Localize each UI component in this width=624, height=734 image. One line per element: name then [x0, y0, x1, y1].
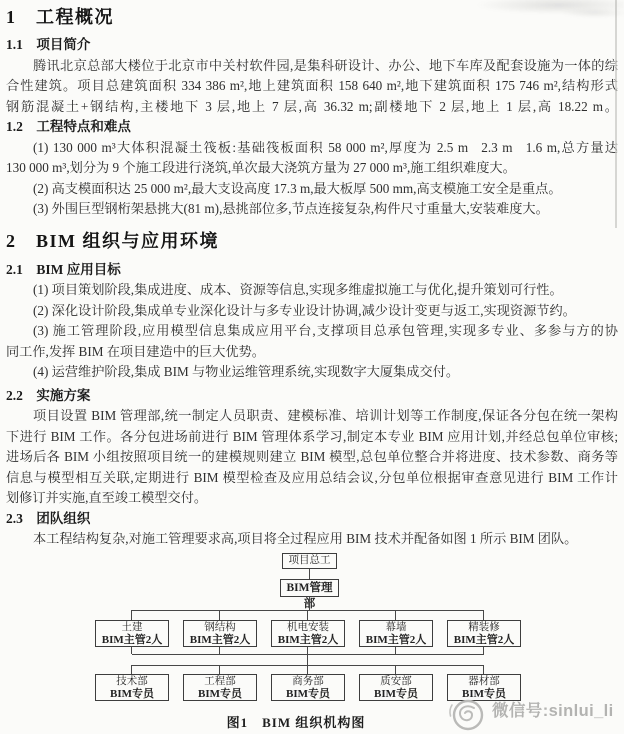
- text-line: (3) 施工管理阶段,应用模型信息集成应用平台,支撑项目总承包管理,实现多专业、…: [6, 321, 618, 342]
- org-box-role: BIM主管2人: [96, 634, 168, 647]
- text-line: (4) 运营维护阶段,集成 BIM 与物业运维管理系统,实现数字大厦集成交付。: [6, 362, 618, 383]
- connector: [483, 665, 484, 674]
- org-box-specialist: 器材部 BIM专员: [447, 674, 521, 701]
- text-line: 下进行 BIM 工作。各分包进场前进行 BIM 管理体系学习,制定本专业 BIM…: [6, 427, 618, 448]
- org-box-department: 商务部: [272, 676, 344, 688]
- org-box-manager: 幕墙 BIM主管2人: [359, 620, 433, 647]
- org-box-specialty: 土建: [96, 622, 168, 634]
- text-line: (1) 130 000 m³大体积混凝土筏板:基础筏板面积 58 000 m²,…: [6, 138, 618, 159]
- text-line: 进场后各 BIM 小组按照项目统一的建模规则建立 BIM 模型,总包单位整合并将…: [6, 447, 618, 468]
- connector: [309, 569, 310, 579]
- org-box-role: BIM主管2人: [184, 634, 256, 647]
- text-line: (2) 深化设计阶段,集成单专业深化设计与多专业设计协调,减少设计变更与返工,实…: [6, 301, 618, 322]
- text-line: 130 000 m³,划分为 9 个施工段进行浇筑,单次最大浇筑方量为 27 0…: [6, 158, 618, 179]
- connector: [131, 647, 132, 654]
- section-heading-2: 2 BIM 组织与应用环境: [6, 228, 618, 254]
- connector: [132, 654, 484, 655]
- connector: [219, 647, 220, 654]
- connector: [131, 665, 132, 674]
- org-box-department: 质安部: [360, 676, 432, 688]
- text-line: 钢筋混凝土+钢结构,主楼地下 3 层,地上 7 层,高 36.32 m;副楼地下…: [6, 97, 618, 118]
- figure-caption: 图1 BIM 组织机构图: [0, 712, 608, 731]
- connector: [307, 665, 308, 674]
- org-box-department: 技术部: [96, 676, 168, 688]
- document-body: 1 工程概况 1.1 项目简介 腾讯北京总部大楼位于北京市中关村软件园,是集科研…: [6, 0, 618, 550]
- org-box-specialty: 幕墙: [360, 622, 432, 634]
- text-line: (3) 外围巨型钢桁架悬挑大(81 m),悬挑部位多,节点连接复杂,构件尺寸重量…: [6, 199, 618, 220]
- org-box-department: 器材部: [448, 676, 520, 688]
- text-line: (2) 高支模面积达 25 000 m²,最大支设高度 17.3 m,最大板厚 …: [6, 179, 618, 200]
- text-line: (1) 项目策划阶段,集成进度、成本、资源等信息,实现多维虚拟施工与优化,提升策…: [6, 280, 618, 301]
- org-box-role: BIM专员: [184, 688, 256, 701]
- subsection-heading-2-3: 2.3 团队组织: [6, 509, 618, 530]
- subsection-heading-1-2: 1.2 工程特点和难点: [6, 117, 618, 138]
- connector: [219, 610, 220, 620]
- connector: [395, 665, 396, 674]
- text-line: 腾讯北京总部大楼位于北京市中关村软件园,是集科研设计、办公、地下车库及配套设施为…: [6, 56, 618, 77]
- subsection-heading-2-2: 2.2 实施方案: [6, 386, 618, 407]
- org-box-specialist: 商务部 BIM专员: [271, 674, 345, 701]
- org-box-bim-dept: BIM管理部: [280, 579, 339, 597]
- connector: [132, 665, 484, 666]
- org-box-role: BIM主管2人: [448, 634, 520, 647]
- org-box-role: BIM专员: [360, 688, 432, 701]
- text-line: 划修订并实施,直至竣工模型交付。: [6, 488, 618, 509]
- connector: [309, 597, 310, 610]
- org-box-manager: 土建 BIM主管2人: [95, 620, 169, 647]
- connector: [483, 647, 484, 654]
- scanned-document-page: 1 工程概况 1.1 项目简介 腾讯北京总部大楼位于北京市中关村软件园,是集科研…: [0, 0, 624, 734]
- org-box-specialist: 技术部 BIM专员: [95, 674, 169, 701]
- org-box-department: 工程部: [184, 676, 256, 688]
- connector: [395, 647, 396, 654]
- org-box-specialty: 钢结构: [184, 622, 256, 634]
- org-box-manager: 精装修 BIM主管2人: [447, 620, 521, 647]
- text-line: 合性建筑。项目总建筑面积 334 386 m²,地上建筑面积 158 640 m…: [6, 76, 618, 97]
- org-box-role: BIM专员: [96, 688, 168, 701]
- connector: [131, 610, 132, 620]
- org-box-specialist: 工程部 BIM专员: [183, 674, 257, 701]
- connector: [219, 665, 220, 674]
- org-box-manager: 机电安装 BIM主管2人: [271, 620, 345, 647]
- connector: [395, 610, 396, 620]
- connector: [132, 610, 484, 611]
- org-box-specialist: 质安部 BIM专员: [359, 674, 433, 701]
- subsection-heading-2-1: 2.1 BIM 应用目标: [6, 260, 618, 281]
- scan-smudge: [560, 8, 624, 18]
- text-line: 同工作,发挥 BIM 在项目建造中的巨大优势。: [6, 342, 618, 363]
- scan-edge-line: [615, 0, 617, 228]
- text-line: 本工程结构复杂,对施工管理要求高,项目将全过程应用 BIM 技术并配备如图 1 …: [6, 529, 618, 550]
- org-box-role: BIM主管2人: [272, 634, 344, 647]
- bim-org-chart: 项目总工 BIM管理部 土建 BIM主管2人 钢结构 BIM主管2人 机电安装 …: [0, 549, 624, 734]
- text-line: 项目设置 BIM 管理部,统一制定人员职责、建模标准、培训计划等工作制度,保证各…: [6, 406, 618, 427]
- subsection-heading-1-1: 1.1 项目简介: [6, 35, 618, 56]
- org-box-role: BIM主管2人: [360, 634, 432, 647]
- connector: [307, 647, 308, 654]
- org-box-manager: 钢结构 BIM主管2人: [183, 620, 257, 647]
- org-box-role: BIM专员: [448, 688, 520, 701]
- connector: [307, 654, 308, 665]
- text-line: 信息与模型相互关联,定期进行 BIM 模型检查及应用总结会议,分包单位根据审查意…: [6, 468, 618, 489]
- org-box-specialty: 机电安装: [272, 622, 344, 634]
- org-box-role: BIM专员: [272, 688, 344, 701]
- org-box-project-chief: 项目总工: [282, 553, 337, 569]
- connector: [483, 610, 484, 620]
- org-box-specialty: 精装修: [448, 622, 520, 634]
- connector: [307, 610, 308, 620]
